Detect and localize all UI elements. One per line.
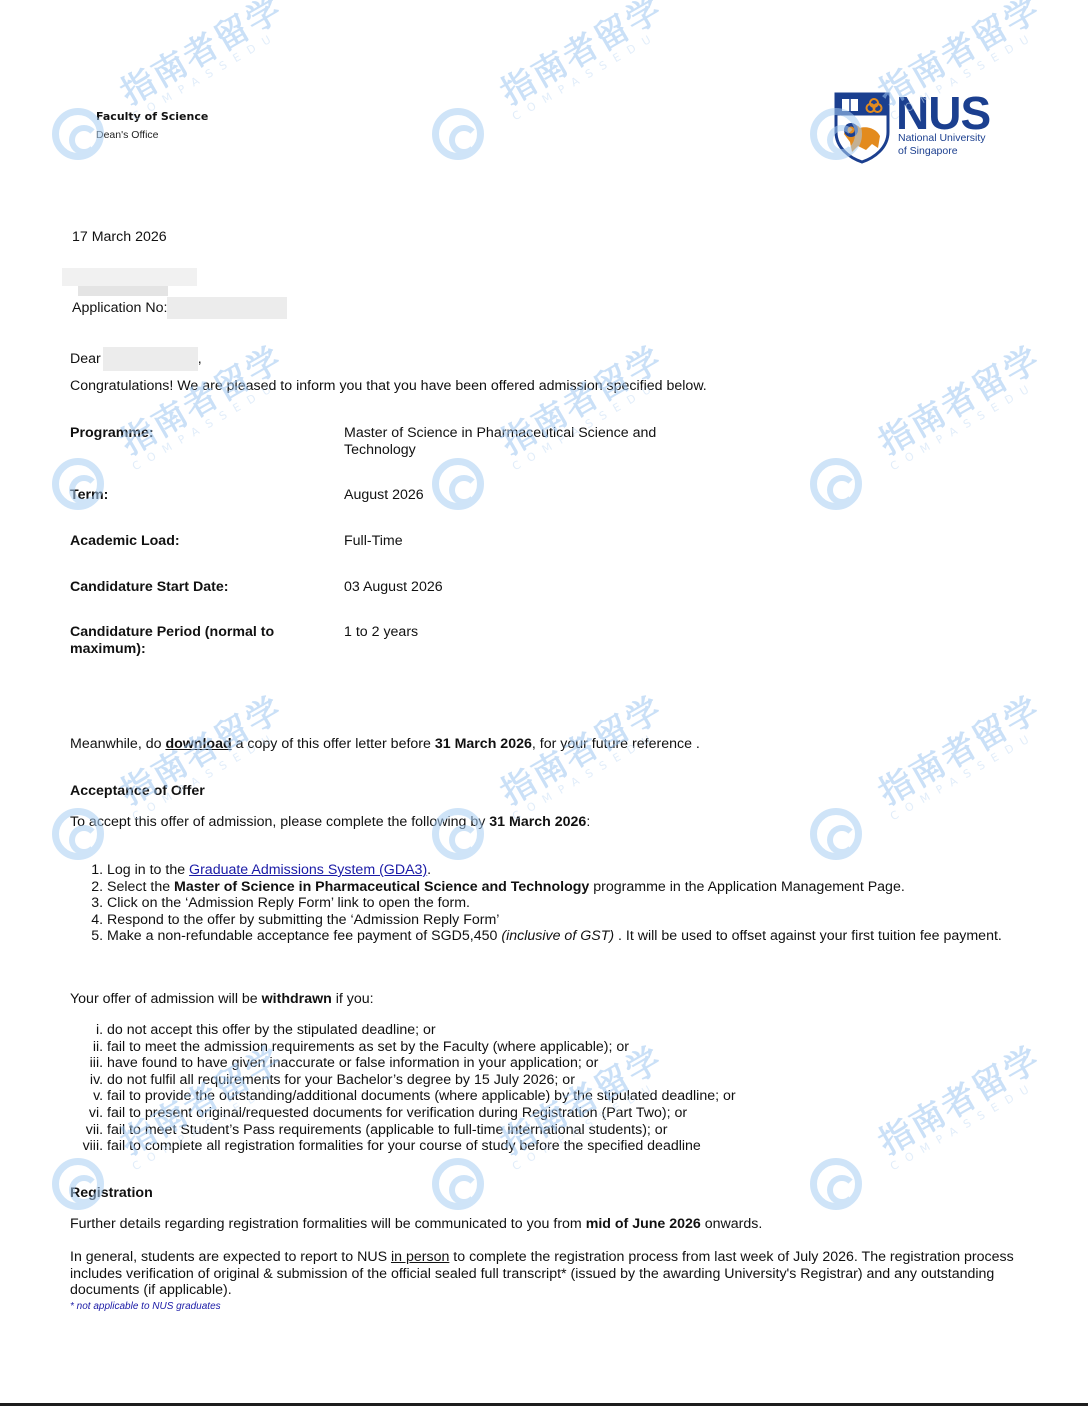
withdrawal-intro: Your offer of admission will be withdraw…	[70, 991, 374, 1007]
term-value: August 2026	[344, 487, 704, 504]
acceptance-steps: Log in to the Graduate Admissions System…	[70, 862, 1027, 945]
letter-date: 17 March 2026	[72, 229, 167, 245]
programme-value: Master of Science in Pharmaceutical Scie…	[344, 425, 684, 459]
academic-load-label: Academic Load:	[70, 533, 310, 550]
term-label: Term:	[70, 487, 310, 504]
registration-heading: Registration	[70, 1185, 153, 1201]
step-item: Log in to the Graduate Admissions System…	[107, 862, 1027, 879]
withdrawal-item: have found to have given inaccurate or f…	[107, 1055, 1007, 1072]
office-name: Dean's Office	[96, 129, 159, 141]
watermark-logo-icon	[432, 1158, 484, 1210]
acceptance-intro: To accept this offer of admission, pleas…	[70, 814, 590, 830]
redacted-name-block	[62, 268, 197, 286]
nus-fullname: National University of Singapore	[898, 132, 986, 158]
academic-load-value: Full-Time	[344, 533, 704, 550]
watermark-logo-icon	[432, 108, 484, 160]
watermark: 指南者留学 COMPASSEDU	[432, 60, 692, 220]
intro-paragraph: Congratulations! We are pleased to infor…	[70, 378, 707, 394]
candidature-period-label: Candidature Period (normal to maximum):	[70, 624, 300, 658]
watermark-logo-icon	[52, 1158, 104, 1210]
withdrawal-item: fail to meet the admission requirements …	[107, 1039, 1007, 1056]
withdrawal-item: fail to meet Student’s Pass requirements…	[107, 1122, 1007, 1139]
recipient-name-redacted	[103, 347, 198, 371]
step-item: Make a non-refundable acceptance fee pay…	[107, 928, 1027, 945]
watermark-logo-icon	[810, 1158, 862, 1210]
registration-paragraph-2: In general, students are expected to rep…	[70, 1249, 1015, 1299]
programme-label: Programme:	[70, 425, 310, 442]
candidature-period-value: 1 to 2 years	[344, 624, 704, 641]
acceptance-heading: Acceptance of Offer	[70, 783, 205, 799]
salutation: Dear,	[70, 347, 202, 371]
start-date-value: 03 August 2026	[344, 579, 704, 596]
step-item: Respond to the offer by submitting the ‘…	[107, 912, 1027, 929]
gda3-link[interactable]: Graduate Admissions System (GDA3)	[189, 862, 427, 878]
watermark: 指南者留学 COMPASSEDU	[52, 60, 312, 220]
faculty-name: Faculty of Science	[96, 110, 208, 123]
watermark-logo-icon	[810, 808, 862, 860]
withdrawal-item: fail to present original/requested docum…	[107, 1105, 1007, 1122]
application-no: Application No:	[72, 297, 287, 319]
withdrawal-item: do not fulfil all requirements for your …	[107, 1072, 1007, 1089]
start-date-label: Candidature Start Date:	[70, 579, 310, 596]
step-item: Select the Master of Science in Pharmace…	[107, 879, 1027, 896]
withdrawal-item: fail to complete all registration formal…	[107, 1138, 1007, 1155]
withdrawal-item: fail to provide the outstanding/addition…	[107, 1088, 1007, 1105]
watermark-logo-icon	[810, 458, 862, 510]
watermark: 指南者留学 COMPASSEDU	[810, 410, 1070, 570]
download-link[interactable]: download	[165, 736, 231, 752]
withdrawal-conditions: do not accept this offer by the stipulat…	[70, 1022, 1007, 1155]
step-item: Click on the ‘Admission Reply Form’ link…	[107, 895, 1027, 912]
download-note: Meanwhile, do download a copy of this of…	[70, 736, 700, 752]
footnote: * not applicable to NUS graduates	[70, 1301, 221, 1312]
nus-logo: NUS National University of Singapore	[834, 92, 1004, 167]
withdrawal-item: do not accept this offer by the stipulat…	[107, 1022, 1007, 1039]
redacted-name-block	[78, 286, 168, 296]
nus-crest-icon	[834, 92, 890, 164]
application-no-redacted	[167, 297, 287, 319]
registration-paragraph-1: Further details regarding registration f…	[70, 1216, 762, 1232]
